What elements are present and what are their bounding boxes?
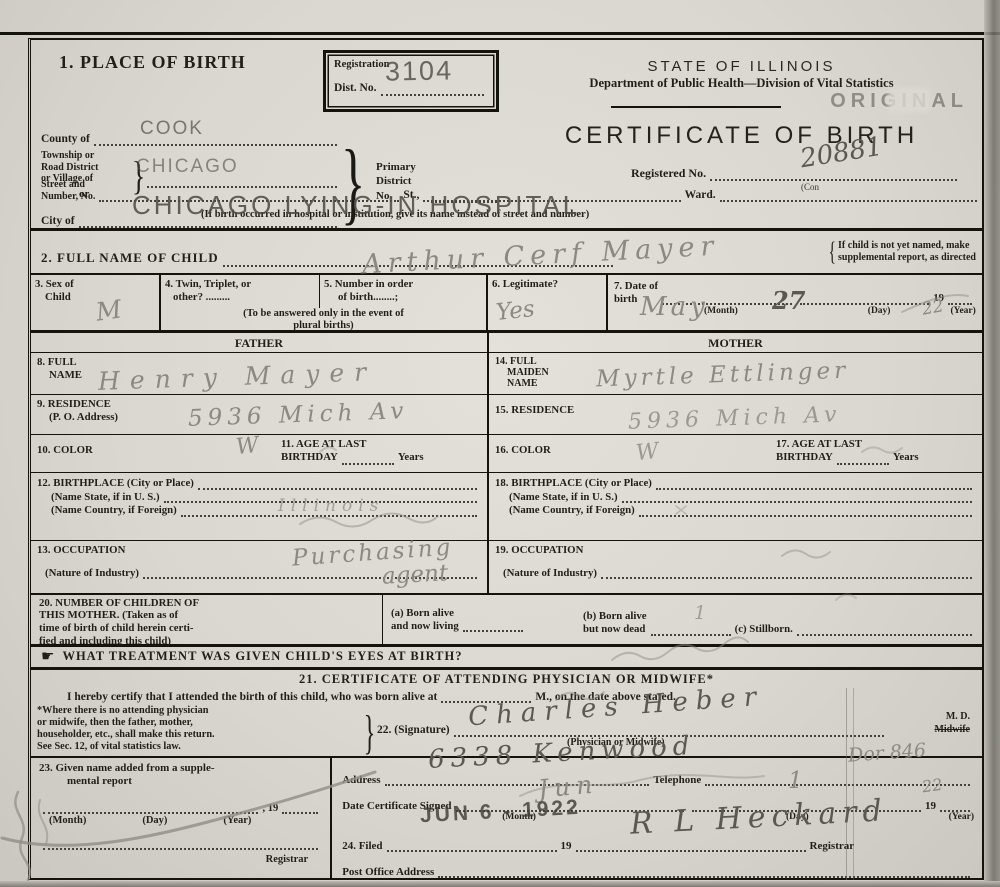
dob-day-line [800,293,930,305]
mother-occupation-row: 19. OCCUPATION (Nature of Industry) [489,541,982,595]
father-column: FATHER 8. FULL NAME 9. RESIDENCE (P. O. … [31,333,489,595]
no-physician-note: *Where there is no attending physician o… [37,705,367,754]
eyes-treatment-row: ☛ WHAT TREATMENT WAS GIVEN CHILD'S EYES … [31,647,982,671]
twin-label-2: other? ......... [173,291,315,304]
mother-country-label: (Name Country, if Foreign) [509,504,635,517]
street-line [99,190,399,202]
no-physician-note-2: or midwife, then the father, mother, [37,717,367,729]
father-name-label-1: 8. FULL [37,356,481,369]
plural-note-2: plural births) [161,320,486,332]
father-industry-line [143,567,477,579]
father-birthplace-row: 12. BIRTHPLACE (City or Place) (Name Sta… [31,473,487,541]
county-field: County of [41,132,341,146]
children-count-label-3: time of birth of child herein certi- [39,622,378,635]
street-st-label: St., [403,188,419,202]
mother-name-label-1: 14. FULL [495,356,976,367]
scan-right-edge [984,0,1000,887]
post-office-line [438,866,970,878]
bottom-right-column: Address Telephone Date Certificate Signe… [332,758,982,878]
filed-label: 24. Filed [342,840,382,852]
date-of-birth-cell: 7. Date of birth 19 (Month) (Day) (Year) [608,275,982,330]
supplemental-name-box: 23. Given name added from a supple- ment… [31,758,332,878]
scan-bottom-edge [0,881,1000,887]
legitimate-label: 6. Legitimate? [492,278,602,291]
born-alive-dead-label-2: but now dead [583,623,647,636]
father-color-row: 10. COLOR 11. AGE AT LAST BIRTHDAYYears [31,435,487,473]
mother-name-label-3: NAME [507,378,976,389]
dob-month-sublabel: (Month) [704,306,738,316]
twin-order-cell: 4. Twin, Triplet, or other? ......... 5.… [161,275,488,330]
date-signed-year-line [940,800,970,812]
date-signed-day-sublabel: (Day) [786,812,809,822]
mother-residence-row: 15. RESIDENCE [489,395,982,435]
born-alive-living-label-2: and now living [391,620,459,633]
twin-label-1: 4. Twin, Triplet, or [165,278,315,291]
order-label-1: 5. Number in order [324,278,473,291]
father-residence-label-1: 9. RESIDENCE [37,398,481,411]
bottom-section: 23. Given name added from a supple- ment… [31,758,982,878]
supplemental23-registrar-line [43,838,318,850]
scan-crease [846,688,847,880]
registration-district-box: Registration Dist. No. [323,50,499,112]
supplemental23-year-sublabel: (Year) [223,815,251,826]
supplemental23-day-sublabel: (Day) [142,815,167,826]
mother-name-label-2: MAIDEN [507,367,976,378]
dob-year-sublabel: (Year) [950,306,975,316]
supplemental23-month-sublabel: (Month) [49,815,86,826]
father-residence-label-2: (P. O. Address) [49,411,481,424]
sex-label-1: 3. Sex of [35,278,155,291]
date-signed-year-prefix: 19 [925,800,936,812]
father-birthplace-label: 12. BIRTHPLACE (City or Place) [37,477,194,490]
parents-section: FATHER 8. FULL NAME 9. RESIDENCE (P. O. … [31,333,982,595]
county-line [94,134,337,146]
ward-line [720,190,977,202]
township-label-1: Township or [41,150,99,162]
children-count-label-1: 20. NUMBER OF CHILDREN OF [39,597,378,610]
mother-heading: MOTHER [489,333,982,353]
physician-certificate-section: 21. CERTIFICATE OF ATTENDING PHYSICIAN O… [31,670,982,758]
dob-year-prefix: 19 [933,292,944,305]
original-stamp-fade [888,88,930,112]
supplemental23-year-prefix: , 19 [262,803,278,814]
mother-column: MOTHER 14. FULL MAIDEN NAME 15. RESIDENC… [489,333,982,595]
child-name-row: 2. FULL NAME OF CHILD { If child is not … [31,231,982,274]
no-physician-note-4: See Sec. 12, of vital statistics law. [37,741,367,753]
ward-label: Ward. [685,188,716,202]
born-alive-living-label-1: (a) Born alive [391,607,577,620]
date-signed-year-sublabel: (Year) [949,812,974,822]
post-office-label: Post Office Address [342,866,434,878]
registration-label: Registration [334,58,488,71]
filed-registrar-label: Registrar [810,840,855,852]
registration-dist-no-line [381,84,485,96]
mother-color-row: 16. COLOR 17. AGE AT LAST BIRTHDAYYears [489,435,982,473]
child-name-line [223,255,613,267]
telephone-label: Telephone [653,774,701,786]
child-name-label: 2. FULL NAME OF CHILD [41,250,219,266]
md-label: M. D. [934,711,970,724]
filed-year-prefix: 19 [561,840,572,852]
street-label-2: Number, No. [41,191,95,203]
mother-name-row: 14. FULL MAIDEN NAME [489,353,982,395]
midwife-label: Midwife [934,724,970,737]
dob-year-line [948,293,972,305]
certificate-title: CERTIFICATE OF BIRTH [501,122,982,150]
signature-block: 22. (Signature) (Physician or Midwife) M… [367,705,982,754]
supplemental-note: { If child is not yet named, make supple… [826,237,976,267]
filed-date-line [387,840,557,852]
supplemental-note-2: supplemental report, as directed [838,252,976,264]
father-age-label-1: 11. AGE AT LAST [281,438,481,451]
place-of-birth-title: 1. PLACE OF BIRTH [59,52,246,73]
street-st-line [423,190,680,202]
mother-age-label-2: BIRTHDAY [776,451,833,464]
telephone-line [705,774,970,786]
father-birthplace-line [198,478,477,490]
legitimate-cell: 6. Legitimate? [488,275,608,330]
date-signed-day-line [692,800,921,812]
father-industry-label: (Nature of Industry) [45,567,139,580]
mother-color-label: 16. COLOR [495,438,551,469]
stillborn-label: (c) Stillborn. [735,623,793,636]
dob-month-line [662,293,792,305]
sex-cell: 3. Sex of Child [31,275,161,330]
primary-label-1: Primary [376,160,501,174]
mother-birthplace-label: 18. BIRTHPLACE (City or Place) [495,477,652,490]
state-title: STATE OF ILLINOIS [501,58,982,75]
filed-signature-line [576,840,806,852]
mother-state-label: (Name State, if in U. S.) [509,491,618,504]
supplemental23-date-line [43,802,258,814]
father-occupation-row: 13. OCCUPATION (Nature of Industry) [31,541,487,595]
father-age-label-2: BIRTHDAY [281,451,338,464]
city-label: City of [41,214,75,228]
children-count-label-2: THIS MOTHER. (Taken as of [39,609,378,622]
born-alive-dead-label-1: (b) Born alive [583,610,647,623]
dob-day-sublabel: (Day) [868,306,891,316]
father-age-units: Years [398,451,424,464]
supplemental-note-1: If child is not yet named, make [838,240,976,252]
township-label-2: Road District [41,162,99,174]
dob-label-2: birth [614,293,658,306]
no-physician-note-3: householder, etc., shall make this retur… [37,729,367,741]
children-count-row: 20. NUMBER OF CHILDREN OF THIS MOTHER. (… [31,595,982,647]
place-of-birth-section: 1. PLACE OF BIRTH Registration Dist. No.… [31,40,982,231]
father-name-row: 8. FULL NAME [31,353,487,395]
date-signed-label: Date Certificate Signed [342,800,451,812]
dob-label-1: 7. Date of [614,280,658,293]
address-label: Address [342,774,380,786]
date-signed-month-sublabel: (Month) [502,812,536,822]
supplemental23-label-2: mental report [67,775,322,788]
county-label: County of [41,132,90,146]
street-note: (If birth occurred in hospital or instit… [201,209,589,220]
mother-age-label-1: 17. AGE AT LAST [776,438,976,451]
father-residence-row: 9. RESIDENCE (P. O. Address) [31,395,487,435]
scan-crease-2 [853,688,854,880]
supplemental-brace: { [828,237,835,267]
father-color-label: 10. COLOR [37,438,93,469]
birth-certificate-document: 1. PLACE OF BIRTH Registration Dist. No.… [0,0,1000,887]
certify-statement-end: M., on the date above stated. [535,691,676,703]
mother-occupation-label: 19. OCCUPATION [495,544,976,557]
mother-age-units: Years [893,451,919,464]
father-state-line [164,491,477,503]
scan-top-rule [0,32,1000,35]
mother-industry-line [601,567,972,579]
mother-residence-label: 15. RESIDENCE [495,398,976,417]
form-frame: 1. PLACE OF BIRTH Registration Dist. No.… [28,38,984,880]
mother-birthplace-line [656,478,972,490]
order-label-2: of birth........; [338,291,473,304]
mother-industry-label: (Nature of Industry) [503,567,597,580]
supplemental23-registrar-label: Registrar [266,854,323,865]
no-physician-note-1: *Where there is no attending physician [37,705,367,717]
title-divider [611,106,781,108]
father-age-line [342,453,394,465]
father-heading: FATHER [31,333,487,353]
child-detail-row: 3. Sex of Child 4. Twin, Triplet, or oth… [31,275,982,333]
born-alive-dead-line [651,624,731,636]
signature-label: 22. (Signature) [377,723,450,737]
father-name-label-2: NAME [49,369,481,382]
supplemental23-year-line [282,802,318,814]
mother-state-line [622,491,972,503]
pointing-hand-icon: ☛ [41,647,54,666]
signature-sublabel: (Physician or Midwife) [567,737,972,748]
mother-birthplace-row: 18. BIRTHPLACE (City or Place) (Name Sta… [489,473,982,541]
born-alive-living-line [463,620,523,632]
supplemental23-label-1: 23. Given name added from a supple- [39,762,322,775]
stillborn-line [797,624,972,636]
born-alive-time-line [441,691,531,703]
street-label-1: Street and [41,179,95,191]
registration-dist-no-label: Dist. No. [334,81,377,95]
signature-line [454,725,884,737]
father-country-label: (Name Country, if Foreign) [51,504,177,517]
mother-country-line [639,505,972,517]
plural-note-1: (To be answered only in the event of [161,308,486,320]
address-line [385,774,650,786]
street-field: Street and Number, No. St., Ward. [41,179,981,202]
eyes-treatment-label: WHAT TREATMENT WAS GIVEN CHILD'S EYES AT… [62,649,462,665]
certify-statement: I hereby certify that I attended the bir… [67,691,437,703]
sex-label-2: Child [45,291,155,304]
father-country-line [181,505,477,517]
father-occupation-label: 13. OCCUPATION [37,544,481,557]
date-signed-month-line [456,800,685,812]
father-state-label: (Name State, if in U. S.) [51,491,160,504]
physician-certificate-title: 21. CERTIFICATE OF ATTENDING PHYSICIAN O… [31,672,982,687]
mother-age-line [837,453,889,465]
